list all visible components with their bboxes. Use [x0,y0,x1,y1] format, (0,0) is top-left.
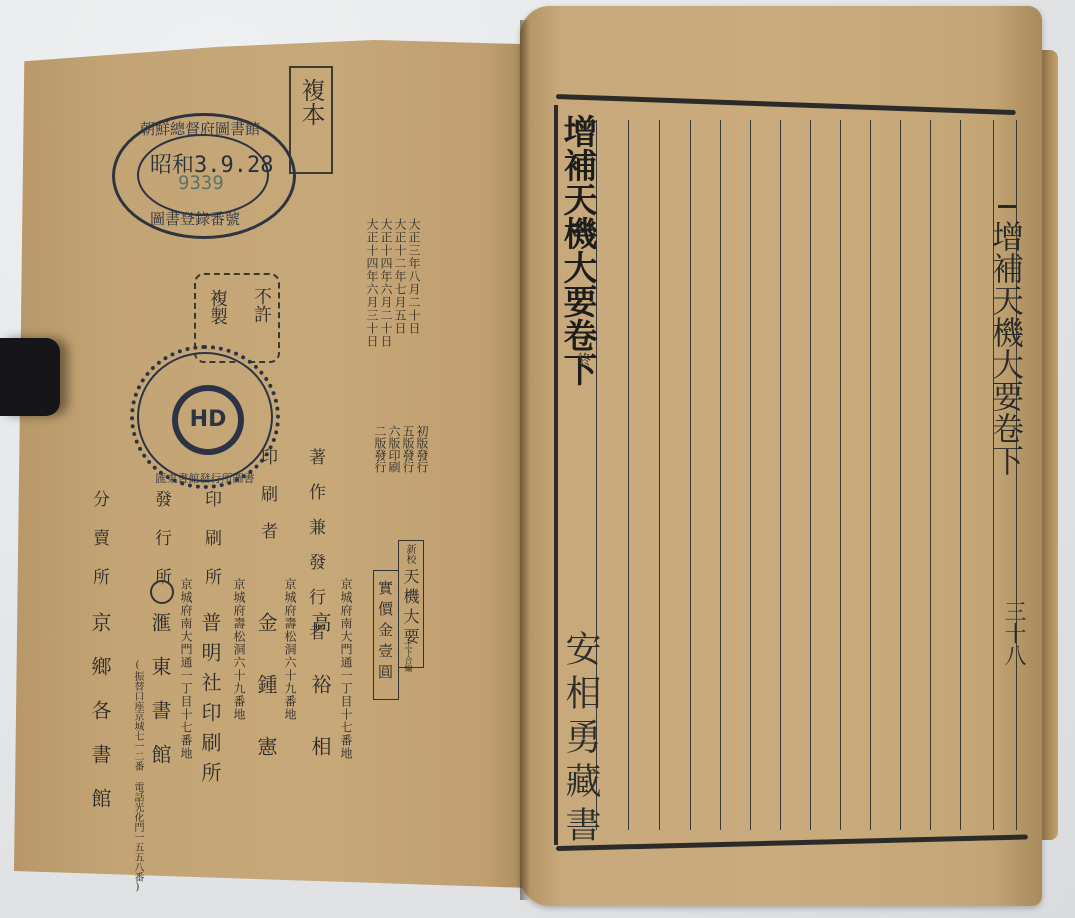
price-text: 實價金壹圓 [377,580,392,685]
colophon-role-printer: 印刷者 [258,448,275,559]
date-col-2: 大正十四年六月二十日 [380,218,392,348]
colophon-address-printer: 京城府壽松洞六十九番地 [284,578,296,721]
column-rule [628,120,629,830]
publisher-mark-icon [150,580,174,604]
no-reproduction-text-2: 複製 [208,289,226,325]
column-rule [750,120,751,830]
colophon-name-print-house: 普明社印刷所 [200,612,220,792]
date-col-4: 大正三年八月二十日 [408,218,420,335]
colophon-name-distributor: 京鄉各書館 [90,612,110,832]
spine-mark [998,205,1016,208]
colophon-address-print-house: 京城府壽松洞六十九番地 [233,578,245,721]
volume-title: 增補天機大要卷下 [560,114,594,386]
no-reproduction-text-1: 不許 [252,287,270,323]
seal-ring-text: 匯東書館發行所圖書 [150,470,260,486]
duplicate-copy-box: 複本 [289,66,333,174]
handwritten-ownership-note: 安相勇藏書 [562,630,598,850]
column-rule [810,120,811,830]
column-rule [659,120,660,830]
binder-clip [0,338,60,416]
book-gutter [520,20,530,900]
title-prefix: 新校 [404,544,414,564]
edition-col-2: 六版印刷 [388,425,400,473]
date-col-3: 大正十二年七月五日 [394,218,406,335]
title-suffix: 上下合編 [404,640,412,672]
column-rule [720,120,721,830]
column-rule [930,120,931,830]
colophon-address-publisher: 京城府南大門通一丁目十七番地 [180,578,192,760]
colophon-address-author: 京城府南大門通一丁目十七番地 [340,578,352,760]
column-rule [840,120,841,830]
column-rule [690,120,691,830]
edition-col-1: 二版發行 [374,425,386,473]
column-rule [900,120,901,830]
colophon-address-distributor: (振替口座京城七一二番 電話光化門一五五八番) [118,660,142,893]
duplicate-copy-label: 複本 [299,78,323,126]
colophon-role-print-house: 印刷所 [202,490,219,607]
page-number: 三十八 [1002,600,1024,666]
column-rule [870,120,871,830]
seal-logo: HD [172,385,244,455]
colophon-name-publisher: 滙東書館 [150,612,170,788]
colophon-role-distributor: 分賣所 [90,490,107,607]
date-col-1: 大正十四年六月三十日 [366,218,378,348]
spine-title: 增補天機大要卷下 [990,220,1022,476]
column-rule [780,120,781,830]
stamp-registration-number: 9339 [178,172,224,194]
column-rule [960,120,961,830]
stamp-ring-bottom-text: 圖書登錄番號 [150,208,240,229]
colophon-name-printer: 金鍾憲 [256,612,276,798]
title-text: 天機大要 [402,568,418,648]
colophon-name-author: 高裕相 [310,612,330,798]
edition-col-4: 初版發行 [416,425,428,473]
edition-col-3: 五版發行 [402,425,414,473]
end-mark: 終 [576,352,590,366]
stamp-ring-top-text: 朝鮮總督府圖書館 [140,118,260,139]
